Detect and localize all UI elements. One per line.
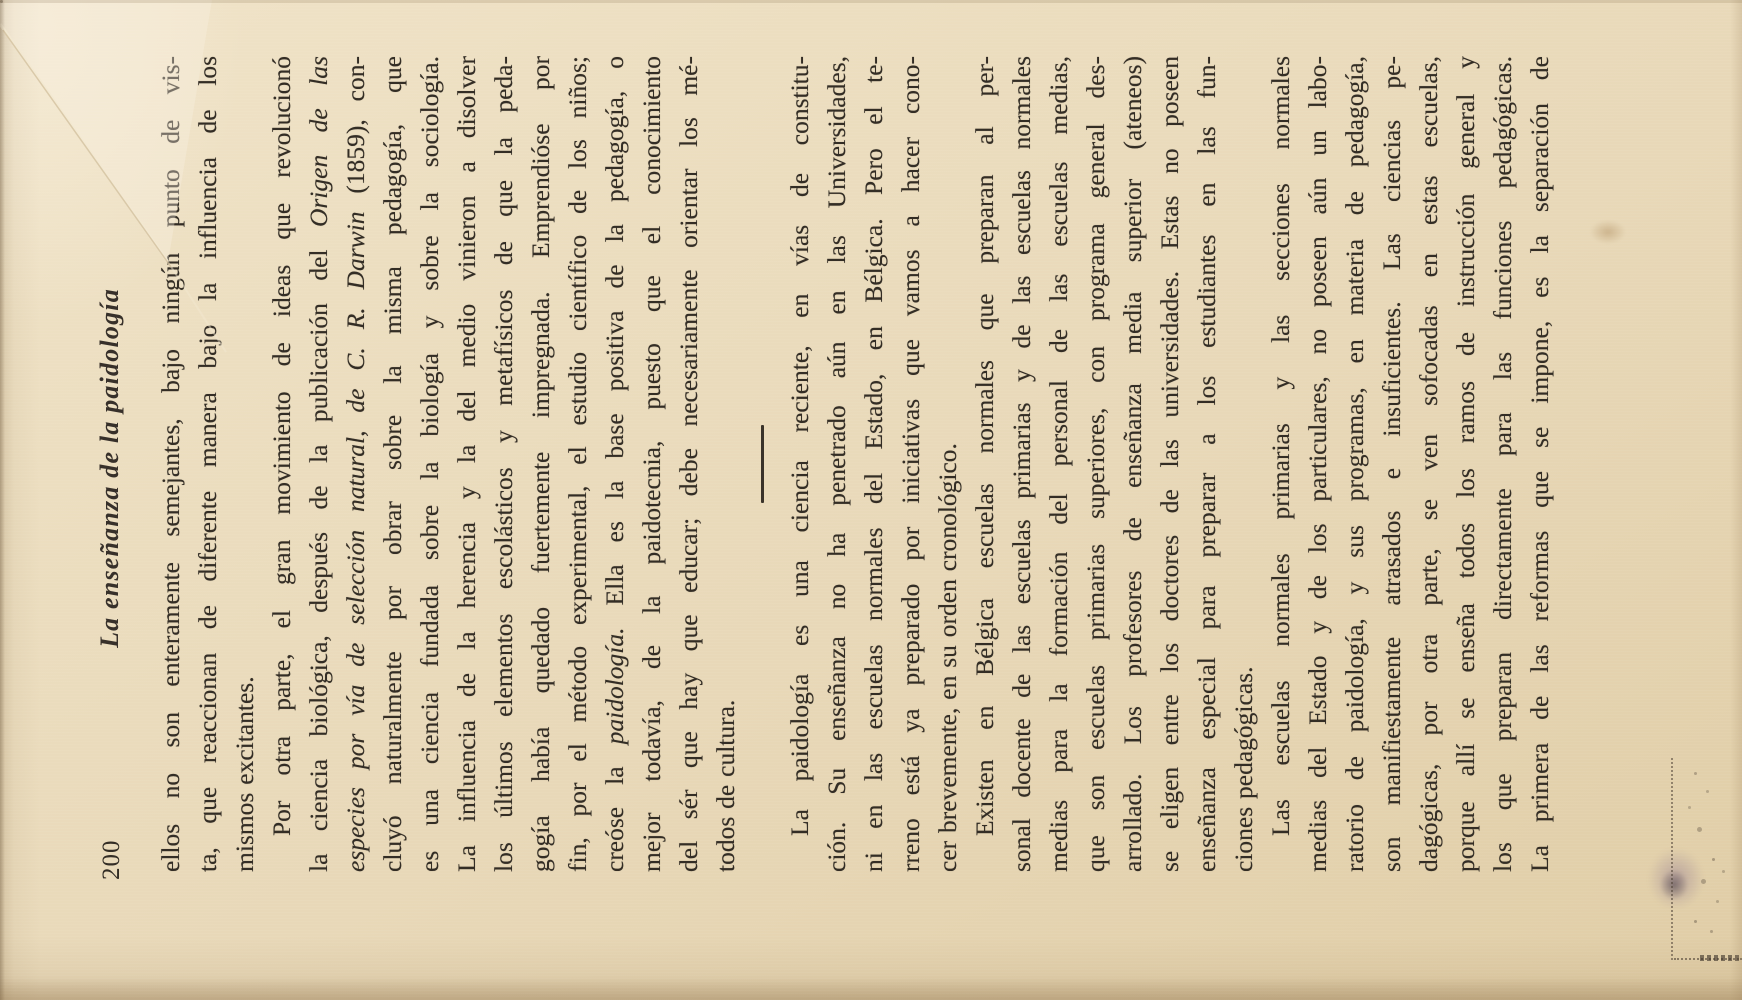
text-segment: los que preparan directamente para las f… — [1488, 56, 1517, 872]
text-segment: se eligen entre los doctores de las univ… — [1155, 56, 1184, 872]
text-segment: rreno está ya preparado por iniciativas … — [896, 56, 925, 872]
text-line: es una ciencia fundada sobre la biología… — [411, 56, 448, 872]
text-line: ta, que reaccionan de diferente manera b… — [189, 56, 226, 872]
text-segment: La influencia de la herencia y la del me… — [452, 56, 481, 872]
text-line: ellos no son enteramente semejantes, baj… — [152, 56, 189, 872]
text-segment: Ella es la base positiva de la pedagogía… — [600, 56, 629, 628]
text-segment: del sér que hay que educar; debe necesar… — [674, 56, 703, 872]
text-line: todos de cultura. — [707, 56, 744, 872]
text-segment: todos de cultura. — [711, 700, 740, 872]
text-line: los que preparan directamente para las f… — [1484, 56, 1521, 872]
text-segment: Las escuelas normales primarias y las se… — [1266, 56, 1295, 836]
text-line: ni en las escuelas normales del Estado, … — [855, 56, 892, 872]
text-line: La paidología es una ciencia reciente, e… — [781, 56, 818, 872]
text-segment: porque allí se enseña todos los ramos de… — [1451, 56, 1480, 872]
text-segment: arrollado. Los profesores de enseñanza m… — [1118, 56, 1147, 872]
text-line: del sér que hay que educar; debe necesar… — [670, 56, 707, 872]
text-line: gogía había quedado fuertemente impregna… — [522, 56, 559, 872]
page-number: 200 — [98, 840, 126, 881]
text-segment: ratorio de paidología, y sus programas, … — [1340, 56, 1369, 872]
page-header: 200 La enseñanza de la paidología — [95, 56, 133, 880]
text-segment: son manifiestamente atrasados e insufici… — [1377, 56, 1406, 872]
text-segment: La paidología es una ciencia reciente, e… — [785, 56, 814, 836]
text-line: enseñanza especial para preparar a los e… — [1188, 56, 1225, 872]
section-divider-row — [744, 56, 781, 872]
section-divider — [761, 425, 764, 503]
text-segment: enseñanza especial para preparar a los e… — [1192, 56, 1221, 872]
text-line: mismos excitantes. — [226, 56, 263, 872]
text-line: sonal docente de las escuelas primarias … — [1003, 56, 1040, 872]
text-line: Existen en Bélgica escuelas normales que… — [966, 56, 1003, 872]
text-line: creóse la paidología. Ella es la base po… — [596, 56, 633, 872]
text-segment: Existen en Bélgica escuelas normales que… — [970, 56, 999, 836]
text-segment: cluyó naturalmente por obrar sobre la mi… — [378, 56, 407, 872]
text-line: La influencia de la herencia y la del me… — [448, 56, 485, 872]
book-page: 200 La enseñanza de la paidología ellos … — [0, 0, 1742, 1000]
text-line: Las escuelas normales primarias y las se… — [1262, 56, 1299, 872]
text-segment: fin, por el método experimental, el estu… — [563, 56, 592, 872]
text-line: La primera de las reformas que se impone… — [1521, 56, 1558, 872]
text-segment: medias del Estado y de los particulares,… — [1303, 56, 1332, 872]
text-line: porque allí se enseña todos los ramos de… — [1447, 56, 1484, 872]
text-line: cer brevemente, en su orden cronológico. — [929, 56, 966, 872]
italic-text-segment: paidología. — [600, 628, 629, 745]
text-line: dagógicas, por otra parte, se ven sofoca… — [1410, 56, 1447, 872]
text-line: medias para la formación del personal de… — [1040, 56, 1077, 872]
text-segment: ción. Su enseñanza no ha penetrado aún e… — [822, 56, 851, 872]
text-line: Por otra parte, el gran movimiento de id… — [263, 56, 300, 872]
text-line: cluyó naturalmente por obrar sobre la mi… — [374, 56, 411, 872]
text-line: ratorio de paidología, y sus programas, … — [1336, 56, 1373, 872]
text-segment: es una ciencia fundada sobre la biología… — [415, 56, 444, 872]
text-line: los últimos elementos escolásticos y met… — [485, 56, 522, 872]
text-line: mejor todavía, de la paidotecnia, puesto… — [633, 56, 670, 872]
text-segment: la ciencia biológica, después de la publ… — [304, 227, 333, 872]
running-head: La enseñanza de la paidología — [95, 288, 124, 648]
text-segment: dagógicas, por otra parte, se ven sofoca… — [1414, 56, 1443, 872]
text-segment: los últimos elementos escolásticos y met… — [489, 56, 518, 872]
text-segment: que son escuelas primarias superiores, c… — [1081, 56, 1110, 872]
text-line: la ciencia biológica, después de la publ… — [300, 56, 337, 872]
text-line: especies por vía de selección natural, d… — [337, 56, 374, 872]
text-line: ción. Su enseñanza no ha penetrado aún e… — [818, 56, 855, 872]
text-segment: cer brevemente, en su orden cronológico. — [933, 443, 962, 872]
text-segment: creóse la — [600, 744, 629, 872]
italic-text-segment: especies por vía de selección natural, d… — [341, 212, 370, 873]
text-segment: La primera de las reformas que se impone… — [1525, 56, 1554, 872]
text-line: se eligen entre los doctores de las univ… — [1151, 56, 1188, 872]
text-line: fin, por el método experimental, el estu… — [559, 56, 596, 872]
text-block: ellos no son enteramente semejantes, baj… — [152, 56, 1558, 872]
text-segment: sonal docente de las escuelas primarias … — [1007, 56, 1036, 872]
text-segment: ciones pedagógicas. — [1229, 667, 1258, 872]
italic-text-segment: Origen de las — [304, 56, 333, 227]
text-line: que son escuelas primarias superiores, c… — [1077, 56, 1114, 872]
text-segment: ta, que reaccionan de diferente manera b… — [193, 56, 222, 872]
text-segment: medias para la formación del personal de… — [1044, 56, 1073, 872]
text-line: medias del Estado y de los particulares,… — [1299, 56, 1336, 872]
text-segment: ni en las escuelas normales del Estado, … — [859, 56, 888, 872]
text-line: arrollado. Los profesores de enseñanza m… — [1114, 56, 1151, 872]
text-segment: ellos no son enteramente semejantes, baj… — [156, 56, 185, 872]
scanned-book-page-screenshot: { "document": { "page_number": "200", "r… — [0, 0, 1742, 1000]
text-segment: Por otra parte, el gran movimiento de id… — [267, 56, 296, 836]
text-segment: gogía había quedado fuertemente impregna… — [526, 56, 555, 872]
text-line: rreno está ya preparado por iniciativas … — [892, 56, 929, 872]
text-segment: mejor todavía, de la paidotecnia, puesto… — [637, 56, 666, 872]
text-line: ciones pedagógicas. — [1225, 56, 1262, 872]
text-segment: mismos excitantes. — [230, 676, 259, 872]
text-segment: (1859), con- — [341, 56, 370, 212]
text-line: son manifiestamente atrasados e insufici… — [1373, 56, 1410, 872]
